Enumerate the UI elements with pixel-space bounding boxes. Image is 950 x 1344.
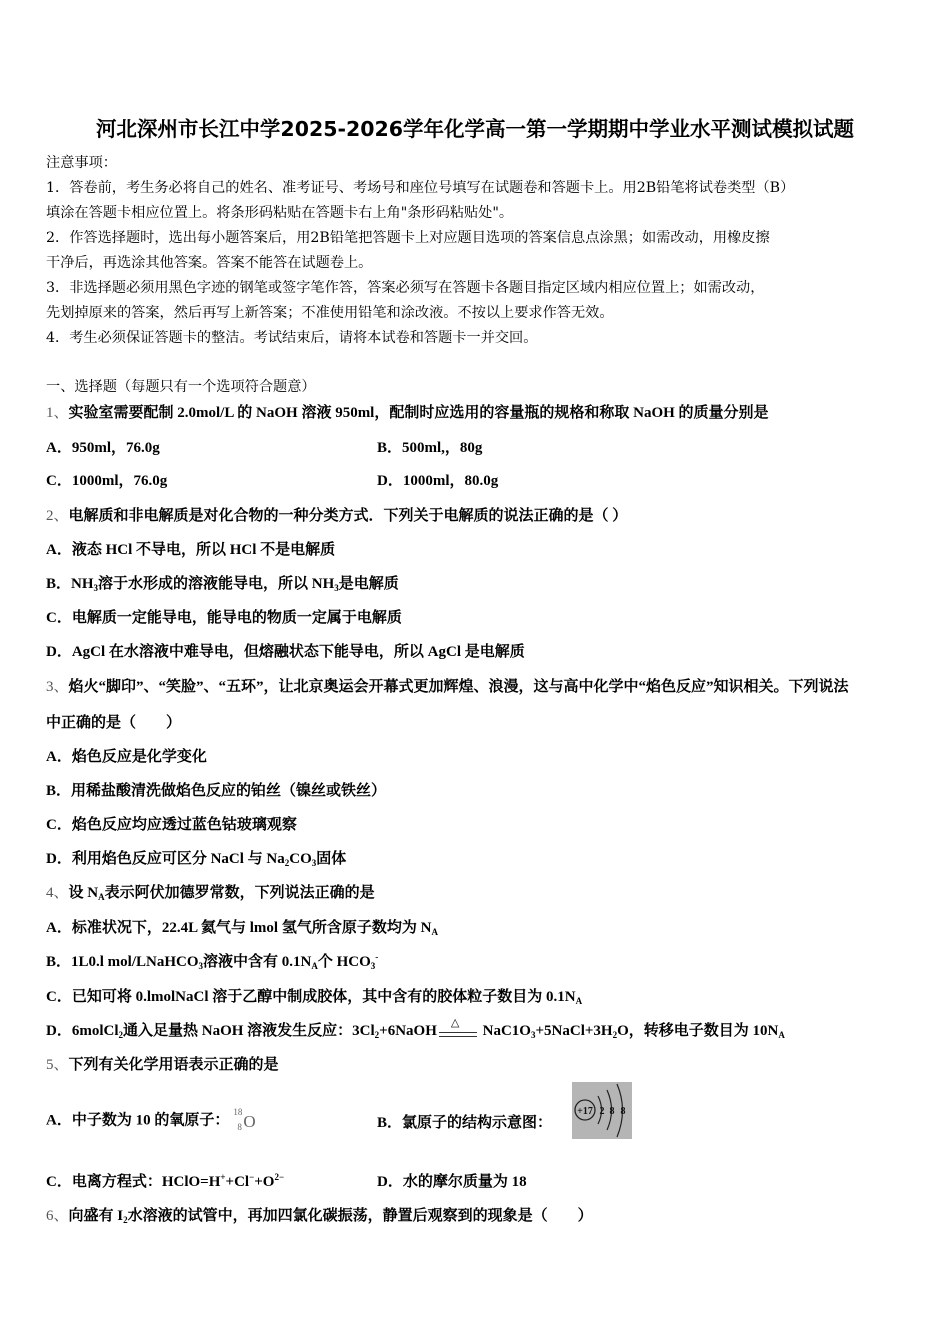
question-number: 2、	[46, 508, 69, 524]
q4-option-d: D．6molCl2通入足量热 NaOH 溶液发生反应：3Cl2+6NaOH△ N…	[46, 1019, 785, 1040]
heat-equals-sign: △	[439, 1025, 477, 1039]
chlorine-atom-structure-diagram: +17 2 8 8	[572, 1082, 632, 1139]
question-1: 1、实验室需要配制 2.0mol/L 的 NaOH 溶液 950ml，配制时应选…	[46, 401, 769, 422]
section-heading: 一、选择题（每题只有一个选项符合题意）	[46, 376, 316, 396]
svg-text:8: 8	[610, 1106, 615, 1117]
q3-option-d: D．利用焰色反应可区分 NaCl 与 Na2CO3固体	[46, 847, 346, 868]
question-number: 1、	[46, 405, 69, 421]
notice-line-2: 填涂在答题卡相应位置上。将条形码粘贴在答题卡右上角"条形码粘贴处"。	[46, 202, 513, 222]
question-stem: 下列有关化学用语表示正确的是	[69, 1057, 279, 1073]
question-stem: 焰火“脚印”、“笑脸”、“五环”，让北京奥运会开幕式更加辉煌、浪漫，这与高中化学…	[69, 679, 849, 695]
svg-text:+17: +17	[577, 1106, 593, 1117]
question-3: 3、焰火“脚印”、“笑脸”、“五环”，让北京奥运会开幕式更加辉煌、浪漫，这与高中…	[46, 675, 849, 696]
question-4: 4、设 NA表示阿伏加德罗常数，下列说法正确的是	[46, 881, 375, 902]
oxygen-isotope-symbol: 188O	[229, 1106, 257, 1136]
svg-text:2: 2	[600, 1106, 605, 1117]
svg-text:8: 8	[621, 1106, 626, 1117]
q4-option-a: A．标准状况下，22.4L 氦气与 lmol 氢气所含原子数均为 NA	[46, 916, 438, 937]
notice-heading: 注意事项：	[46, 152, 117, 172]
notice-line-3: 2．作答选择题时，选出每小题答案后，用2B铅笔把答题卡上对应题目选项的答案信息点…	[46, 227, 770, 247]
exam-page: 河北深州市长江中学2025-2026学年化学高一第一学期期中学业水平测试模拟试题…	[0, 0, 950, 1344]
q2-option-b: B．NH3溶于水形成的溶液能导电，所以 NH3是电解质	[46, 572, 399, 593]
question-number: 3、	[46, 679, 69, 695]
question-6: 6、向盛有 I2水溶液的试管中，再加四氯化碳振荡，静置后观察到的现象是（ ）	[46, 1204, 593, 1225]
q3-option-b: B．用稀盐酸清洗做焰色反应的铂丝（镍丝或铁丝）	[46, 779, 386, 800]
q2-option-d: D．AgCl 在水溶液中难导电，但熔融状态下能导电，所以 AgCl 是电解质	[46, 640, 525, 661]
notice-line-6: 先划掉原来的答案，然后再写上新答案；不准使用铅笔和涂改液。不按以上要求作答无效。	[46, 302, 614, 322]
notice-line-4: 干净后，再选涂其他答案。答案不能答在试题卷上。	[46, 252, 372, 272]
question-3-line-2: 中正确的是（ ）	[46, 711, 181, 732]
q4-option-b: B．1L0.l mol/LNaHCO3溶液中含有 0.1NA个 HCO3-	[46, 950, 378, 971]
q1-option-d: D．1000ml，80.0g	[377, 469, 498, 490]
question-number: 5、	[46, 1057, 69, 1073]
q1-option-c: C．1000ml，76.0g	[46, 469, 167, 490]
notice-line-7: 4．考生必须保证答题卡的整洁。考试结束后，请将本试卷和答题卡一并交回。	[46, 327, 537, 347]
q2-option-a: A．液态 HCl 不导电，所以 HCl 不是电解质	[46, 538, 335, 559]
q5-option-a: A．中子数为 10 的氧原子：188O	[46, 1106, 257, 1136]
question-number: 4、	[46, 885, 69, 901]
q3-option-a: A．焰色反应是化学变化	[46, 745, 207, 766]
q1-option-b: B．500ml,，80g	[377, 436, 482, 457]
q5-option-d: D．水的摩尔质量为 18	[377, 1170, 527, 1191]
notice-line-5: 3．非选择题必须用黑色字迹的钢笔或签字笔作答，答案必须写在答题卡各题目指定区域内…	[46, 277, 764, 297]
q3-option-c: C．焰色反应均应透过蓝色钴玻璃观察	[46, 813, 297, 834]
notice-line-1: 1．答卷前，考生务必将自己的姓名、准考证号、考场号和座位号填写在试题卷和答题卡上…	[46, 177, 794, 197]
question-stem: 电解质和非电解质是对化合物的一种分类方式．下列关于电解质的说法正确的是（ ）	[69, 508, 628, 524]
q1-option-a: A．950ml，76.0g	[46, 436, 160, 457]
question-2: 2、电解质和非电解质是对化合物的一种分类方式．下列关于电解质的说法正确的是（ ）	[46, 504, 627, 525]
q5-option-c: C．电离方程式：HClO=H++Cl−+O2−	[46, 1170, 284, 1191]
exam-title: 河北深州市长江中学2025-2026学年化学高一第一学期期中学业水平测试模拟试题	[0, 112, 950, 142]
q4-option-c: C．已知可将 0.lmolNaCl 溶于乙醇中制成胶体，其中含有的胶体粒子数目为…	[46, 985, 582, 1006]
q2-option-c: C．电解质一定能导电，能导电的物质一定属于电解质	[46, 606, 402, 627]
question-number: 6、	[46, 1208, 69, 1224]
q5-option-b: B．氯原子的结构示意图：	[377, 1111, 552, 1132]
question-stem: 实验室需要配制 2.0mol/L 的 NaOH 溶液 950ml，配制时应选用的…	[69, 405, 769, 421]
question-5: 5、下列有关化学用语表示正确的是	[46, 1053, 279, 1074]
